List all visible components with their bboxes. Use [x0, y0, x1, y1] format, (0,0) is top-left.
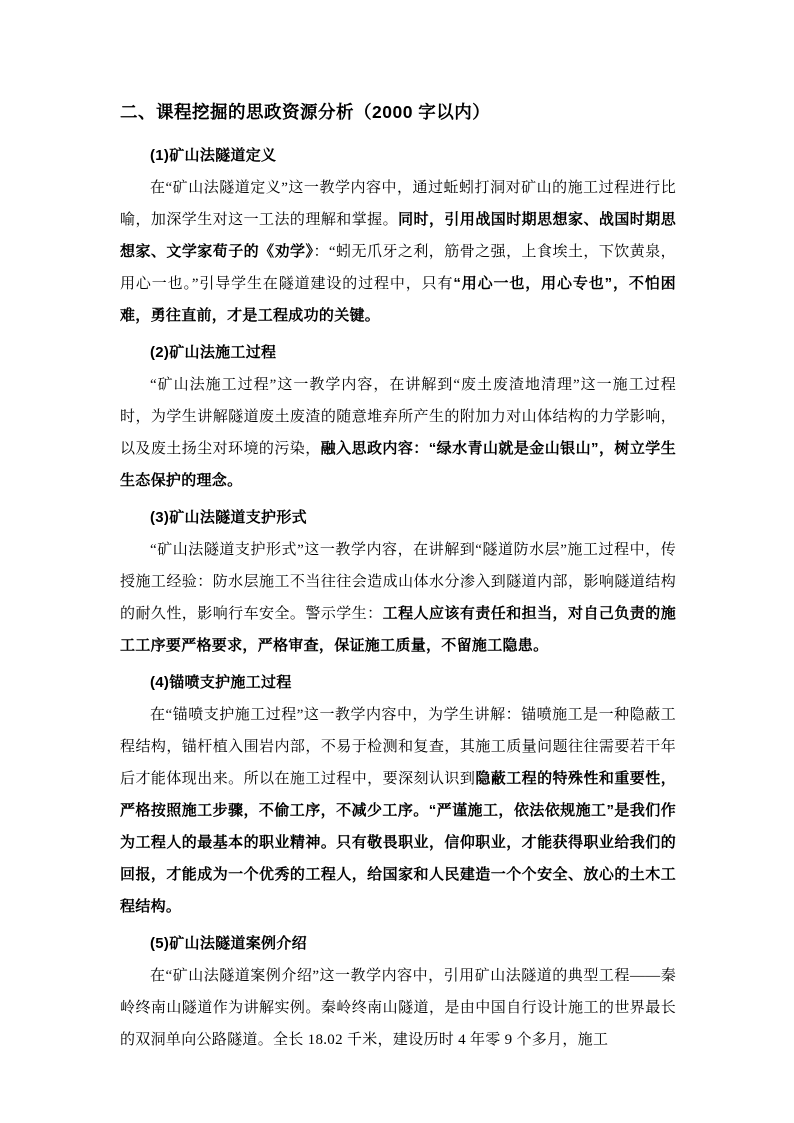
section-paragraph-5: 在“矿山法隧道案例介绍”这一教学内容中，引用矿山法隧道的典型工程——秦岭终南山隧…	[120, 960, 676, 1056]
text-run: 在“矿山法隧道案例介绍”这一教学内容中，引用矿山法隧道的典型工程——秦岭终南山隧…	[120, 968, 676, 1048]
section-heading-4: (4)锚喷支护施工过程	[120, 667, 676, 699]
bold-text-run: 隐蔽工程的特殊性和重要性，严格按照施工步骤，不偷工序，不减少工序。“严谨施工，依…	[120, 770, 676, 915]
section-paragraph-3: “矿山法隧道支护形式”这一教学内容，在讲解到“隧道防水层”施工过程中，传授施工经…	[120, 534, 676, 662]
section-paragraph-2: “矿山法施工过程”这一教学内容，在讲解到“废土废渣地清理”这一施工过程时，为学生…	[120, 369, 676, 497]
document-page: 二、课程挖掘的思政资源分析（2000 字以内） (1)矿山法隧道定义在“矿山法隧…	[0, 0, 794, 1123]
sections-container: (1)矿山法隧道定义在“矿山法隧道定义”这一教学内容中，通过蚯蚓打洞对矿山的施工…	[120, 140, 676, 1056]
document-title: 二、课程挖掘的思政资源分析（2000 字以内）	[120, 98, 676, 126]
section-paragraph-4: 在“锚喷支护施工过程”这一教学内容中，为学生讲解：锚喷施工是一种隐蔽工程结构，锚…	[120, 699, 676, 923]
section-heading-3: (3)矿山法隧道支护形式	[120, 502, 676, 534]
section-heading-1: (1)矿山法隧道定义	[120, 140, 676, 172]
section-heading-2: (2)矿山法施工过程	[120, 337, 676, 369]
section-heading-5: (5)矿山法隧道案例介绍	[120, 928, 676, 960]
section-paragraph-1: 在“矿山法隧道定义”这一教学内容中，通过蚯蚓打洞对矿山的施工过程进行比喻，加深学…	[120, 172, 676, 332]
